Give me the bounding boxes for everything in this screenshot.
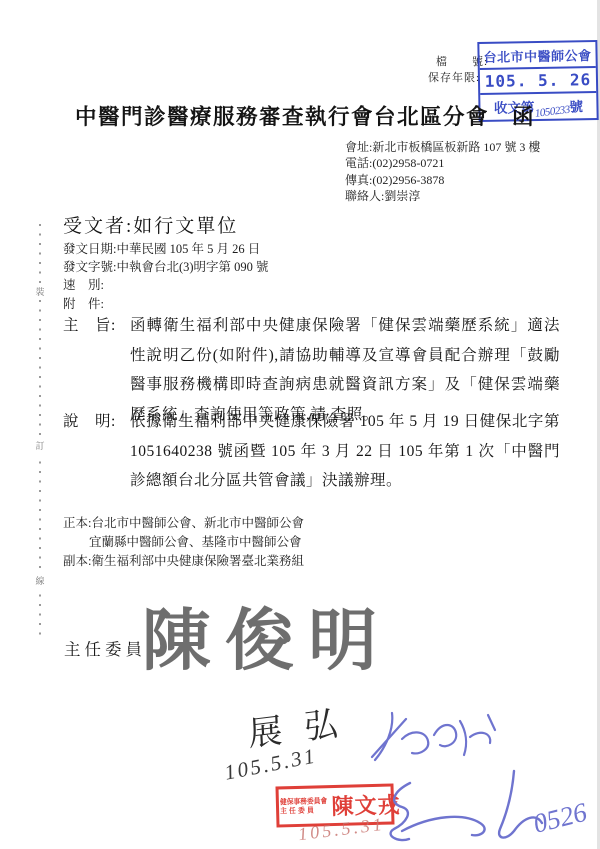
description-label: 說 明: xyxy=(63,407,116,437)
recipient-line: 受文者:如行文單位 xyxy=(63,211,238,238)
original-copy-line1: 正本:台北市中醫師公會、新北市中醫師公會 xyxy=(63,514,304,533)
receipt-stamp-date: 105. 5. 26 xyxy=(480,68,596,95)
description-section: 說 明: 依據衛生福利部中央健康保險署 105 年 5 月 19 日健保北字第 … xyxy=(63,407,560,496)
description-text: 依據衛生福利部中央健康保險署 105 年 5 月 19 日健保北字第 10516… xyxy=(63,407,560,496)
letter-title: 中醫門診醫療服務審查執行會台北區分會 函 xyxy=(0,100,600,131)
blue-ink-number: 0526 xyxy=(530,797,590,839)
meta-block: 發文日期:中華民國 105 年 5 月 26 日 發文字號:中執會台北(3)明字… xyxy=(63,240,269,313)
approval-stamp-org-col: 健保事務委員會 主任委員 xyxy=(279,797,332,816)
signer-name-stamp: 陳俊明 xyxy=(142,586,392,683)
signer-title: 主任委員 xyxy=(64,636,146,660)
blue-ink-scribble xyxy=(372,713,495,760)
contact-phone: 電話:(02)2958-0721 xyxy=(345,155,540,171)
approval-stamp-title: 主任委員 xyxy=(280,806,327,816)
scanned-letter-page: 裝 訂 線 檔 號: 保存年限: 台北市中醫師公會 105. 5. 26 收文第… xyxy=(0,0,600,849)
original-label: 正本: xyxy=(63,516,91,530)
cc-copy-line: 副本:衛生福利部中央健康保險署臺北業務組 xyxy=(63,552,304,571)
speed-class-line: 速 別: xyxy=(63,276,269,294)
blue-ink-signature xyxy=(391,771,542,840)
contact-person: 聯絡人:劉崇淳 xyxy=(345,188,540,204)
binding-mark-xian: 線 xyxy=(33,572,47,589)
issue-date-line: 發文日期:中華民國 105 年 5 月 26 日 xyxy=(63,240,269,258)
copies-block: 正本:台北市中醫師公會、新北市中醫師公會 宜蘭縣中醫師公會、基隆市中醫師公會 副… xyxy=(63,514,304,571)
contact-block: 會址:新北市板橋區板新路 107 號 3 樓 電話:(02)2958-0721 … xyxy=(345,139,540,205)
contact-address: 會址:新北市板橋區板新路 107 號 3 樓 xyxy=(345,139,540,155)
ref-number-line: 發文字號:中執會台北(3)明字第 090 號 xyxy=(63,258,269,276)
subject-label: 主 旨: xyxy=(63,311,116,341)
binding-mark-zhuang: 裝 xyxy=(33,283,47,300)
receipt-stamp-org: 台北市中醫師公會 xyxy=(479,42,595,70)
cc-recipient: 衛生福利部中央健康保險署臺北業務組 xyxy=(91,554,304,568)
binding-mark-ding: 訂 xyxy=(33,437,47,454)
blue-ink-annotations: 0526 xyxy=(350,695,600,849)
contact-fax: 傳真:(02)2956-3878 xyxy=(345,172,540,188)
original-copy-line2: 宜蘭縣中醫師公會、基隆市中醫師公會 xyxy=(63,533,304,552)
original-recipients-1: 台北市中醫師公會、新北市中醫師公會 xyxy=(91,516,304,530)
cc-label: 副本: xyxy=(63,554,91,568)
